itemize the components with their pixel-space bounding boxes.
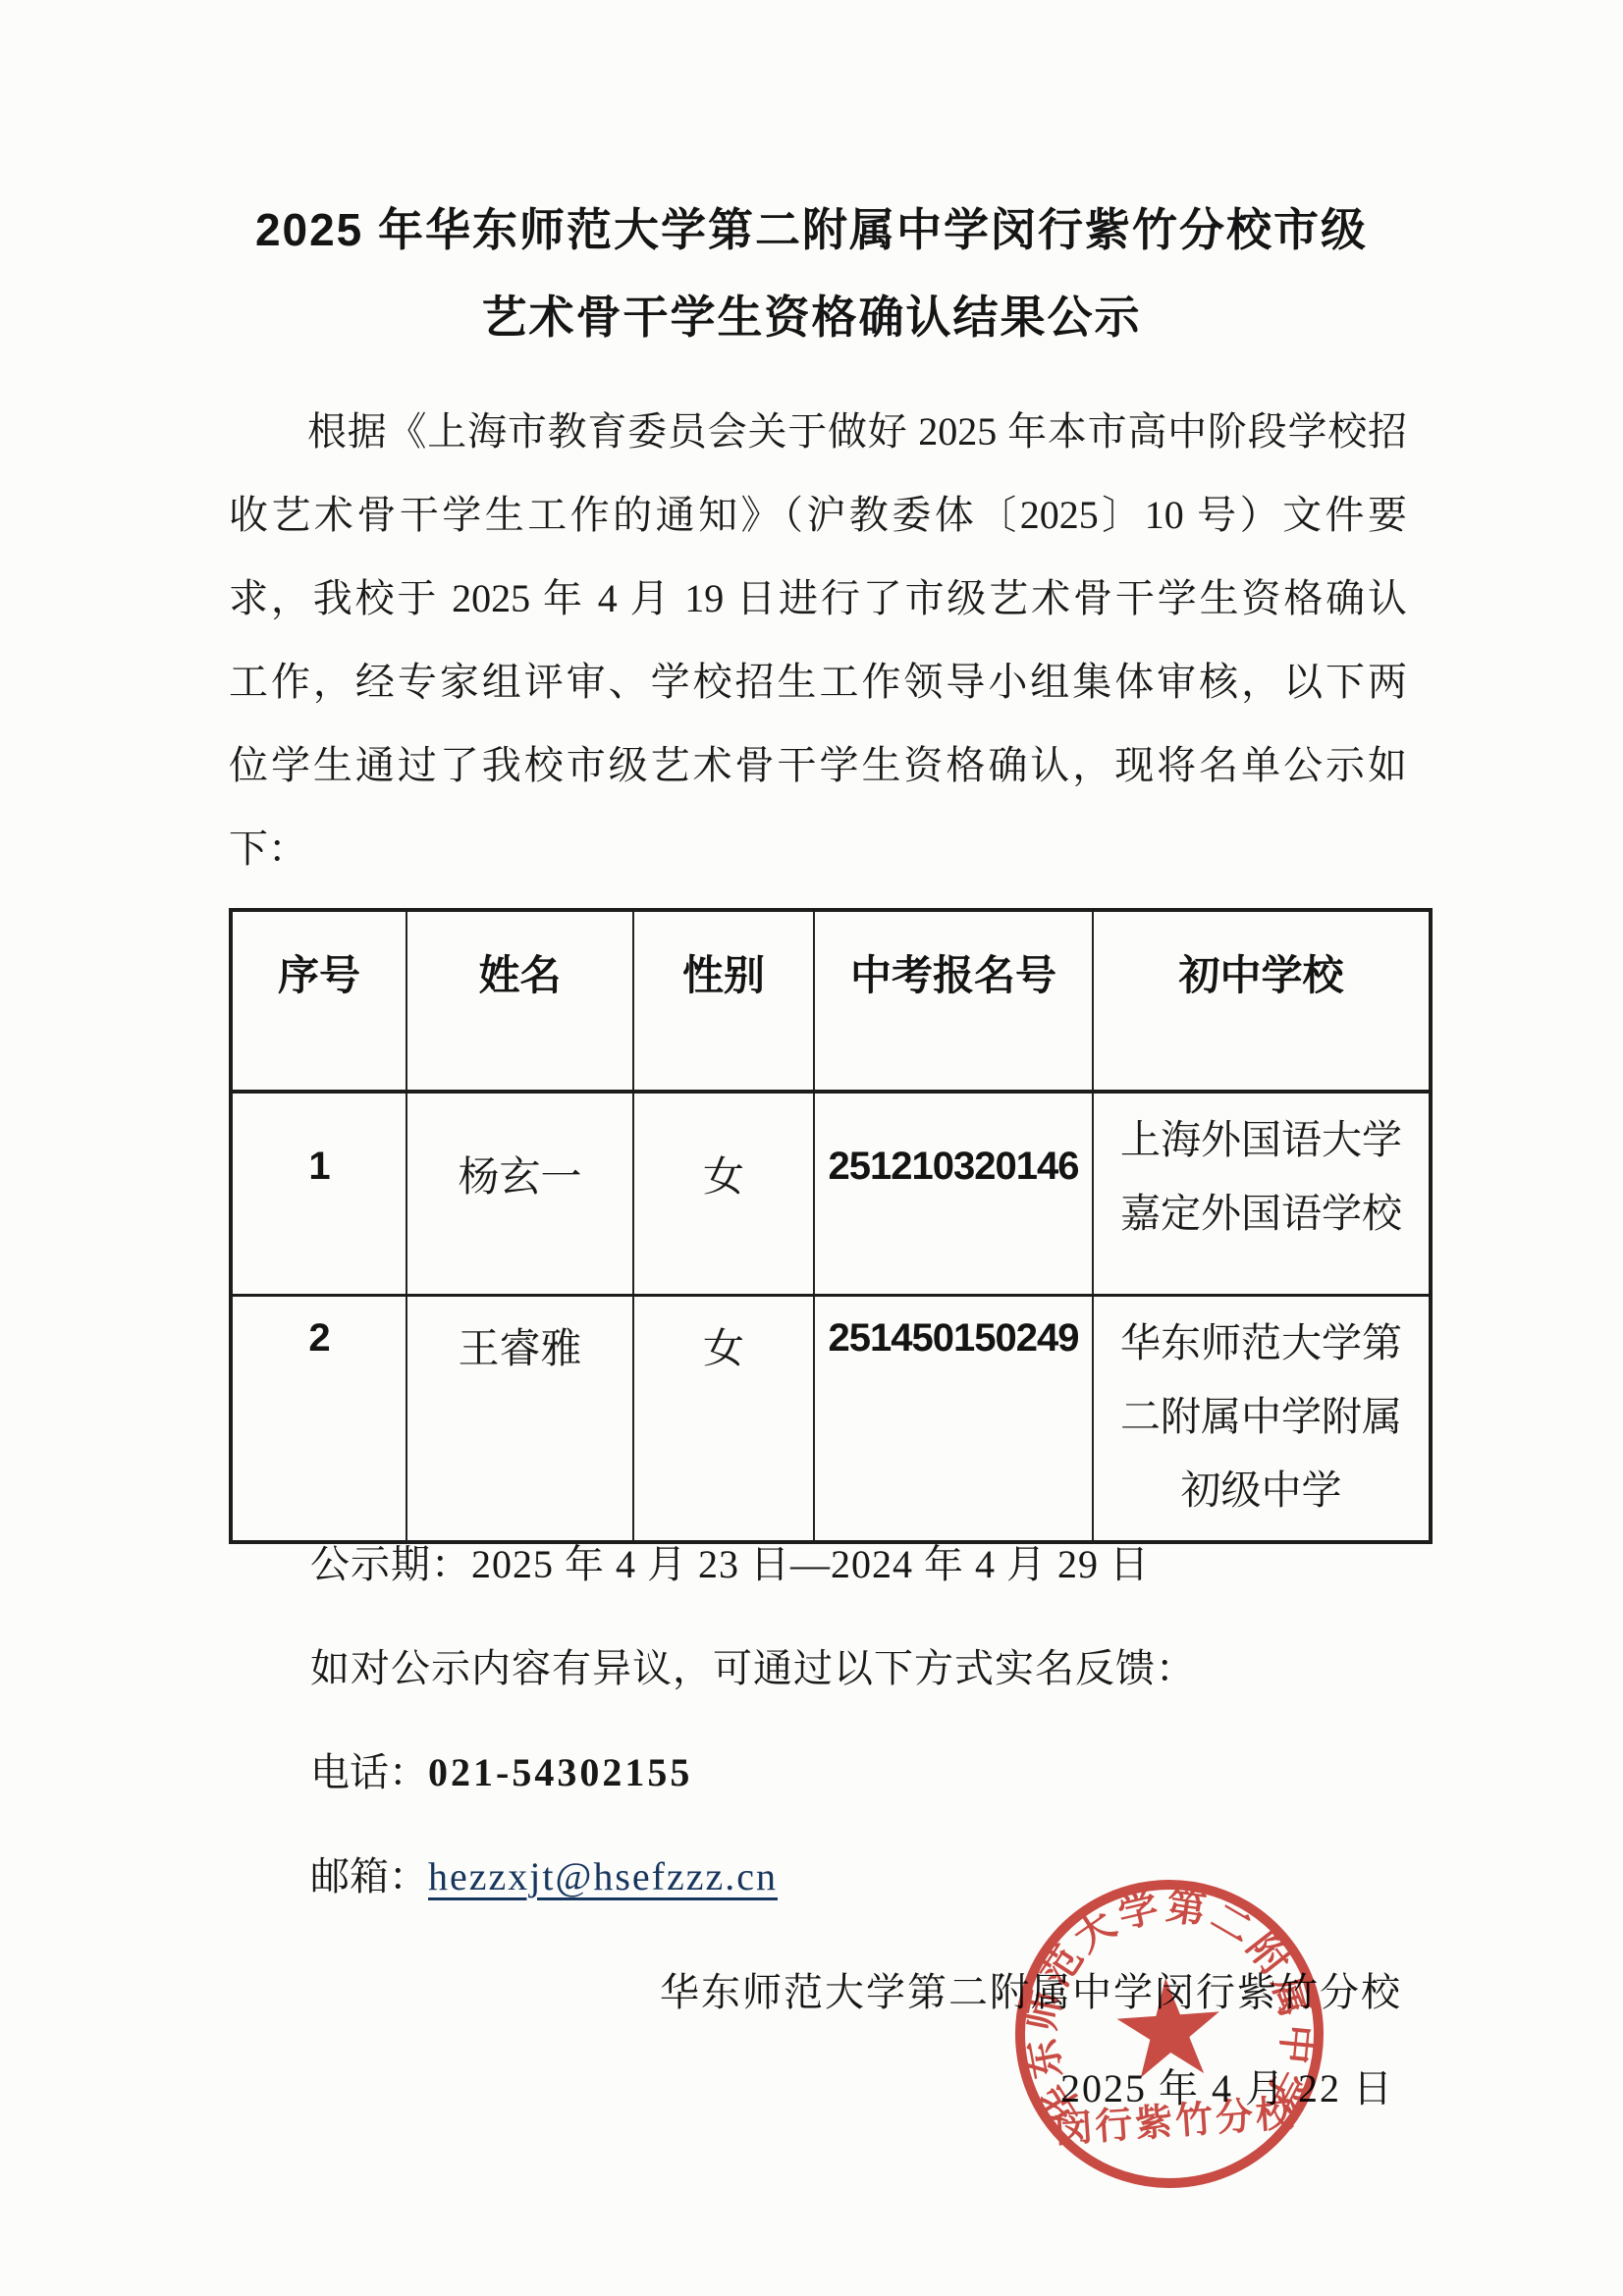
official-seal-stamp: 华东师范大学第二附属中学 闵行紫竹分校 bbox=[992, 1856, 1348, 2213]
phone-line: 电话：021-54302155 bbox=[310, 1749, 692, 1796]
table-row: 1 杨玄一 女 251210320146 上海外国语大学嘉定外国语学校 bbox=[231, 1092, 1431, 1296]
cell-gender: 女 bbox=[633, 1092, 814, 1296]
body-line: 下： bbox=[229, 826, 1407, 909]
header-serial-no: 序号 bbox=[231, 910, 406, 1092]
header-exam-id: 中考报名号 bbox=[814, 910, 1093, 1092]
cell-name: 王睿雅 bbox=[406, 1296, 633, 1543]
document-page: 2025 年华东师范大学第二附属中学闵行紫竹分校市级 艺术骨干学生资格确认结果公… bbox=[0, 0, 1623, 2296]
page-title-line-1: 2025 年华东师范大学第二附属中学闵行紫竹分校市级 bbox=[0, 204, 1623, 255]
cell-serial-no: 2 bbox=[231, 1296, 406, 1543]
cell-gender: 女 bbox=[633, 1296, 814, 1543]
phone-number: 021-54302155 bbox=[428, 1750, 692, 1794]
cell-school: 上海外国语大学嘉定外国语学校 bbox=[1093, 1092, 1431, 1296]
header-gender: 性别 bbox=[633, 910, 814, 1092]
email-link[interactable]: hezzxjt@hsefzzz.cn bbox=[428, 1854, 778, 1898]
body-line: 根据《上海市教育委员会关于做好 2025 年本市高中阶段学校招 bbox=[229, 408, 1407, 492]
email-label: 邮箱： bbox=[310, 1854, 428, 1898]
table-row: 2 王睿雅 女 251450150249 华东师范大学第二附属中学附属初级中学 bbox=[231, 1296, 1431, 1543]
phone-label: 电话： bbox=[310, 1750, 428, 1794]
body-line: 工作，经专家组评审、学校招生工作领导小组集体审核，以下两 bbox=[229, 659, 1407, 742]
feedback-note-line: 如对公示内容有异议，可通过以下方式实名反馈： bbox=[310, 1645, 1196, 1692]
student-roster-table: 序号 姓名 性别 中考报名号 初中学校 1 杨玄一 女 251210320146… bbox=[229, 908, 1433, 1544]
issue-date: 2025 年 4 月 22 日 bbox=[982, 2057, 1473, 2113]
seal-ring bbox=[1010, 1875, 1328, 2193]
cell-name: 杨玄一 bbox=[406, 1092, 633, 1296]
cell-serial-no: 1 bbox=[231, 1092, 406, 1296]
body-line: 求，我校于 2025 年 4 月 19 日进行了市级艺术骨干学生资格确认 bbox=[229, 575, 1407, 659]
cell-exam-id: 251210320146 bbox=[814, 1092, 1093, 1296]
issuing-school-signature: 华东师范大学第二附属中学闵行紫竹分校 bbox=[660, 1961, 1402, 2017]
cell-school: 华东师范大学第二附属中学附属初级中学 bbox=[1093, 1296, 1431, 1543]
header-name: 姓名 bbox=[406, 910, 633, 1092]
body-paragraph: 根据《上海市教育委员会关于做好 2025 年本市高中阶段学校招 收艺术骨干学生工… bbox=[229, 408, 1407, 909]
page-title-line-2: 艺术骨干学生资格确认结果公示 bbox=[0, 292, 1623, 343]
publicity-period-line: 公示期：2025 年 4 月 23 日—2024 年 4 月 29 日 bbox=[310, 1541, 1150, 1588]
email-line: 邮箱：hezzxjt@hsefzzz.cn bbox=[310, 1853, 778, 1900]
body-line: 收艺术骨干学生工作的通知》（沪教委体〔2025〕10 号）文件要 bbox=[229, 492, 1407, 575]
cell-exam-id: 251450150249 bbox=[814, 1296, 1093, 1543]
header-junior-school: 初中学校 bbox=[1093, 910, 1431, 1092]
table-header-row: 序号 姓名 性别 中考报名号 初中学校 bbox=[231, 910, 1431, 1092]
body-line: 位学生通过了我校市级艺术骨干学生资格确认，现将名单公示如 bbox=[229, 742, 1407, 826]
